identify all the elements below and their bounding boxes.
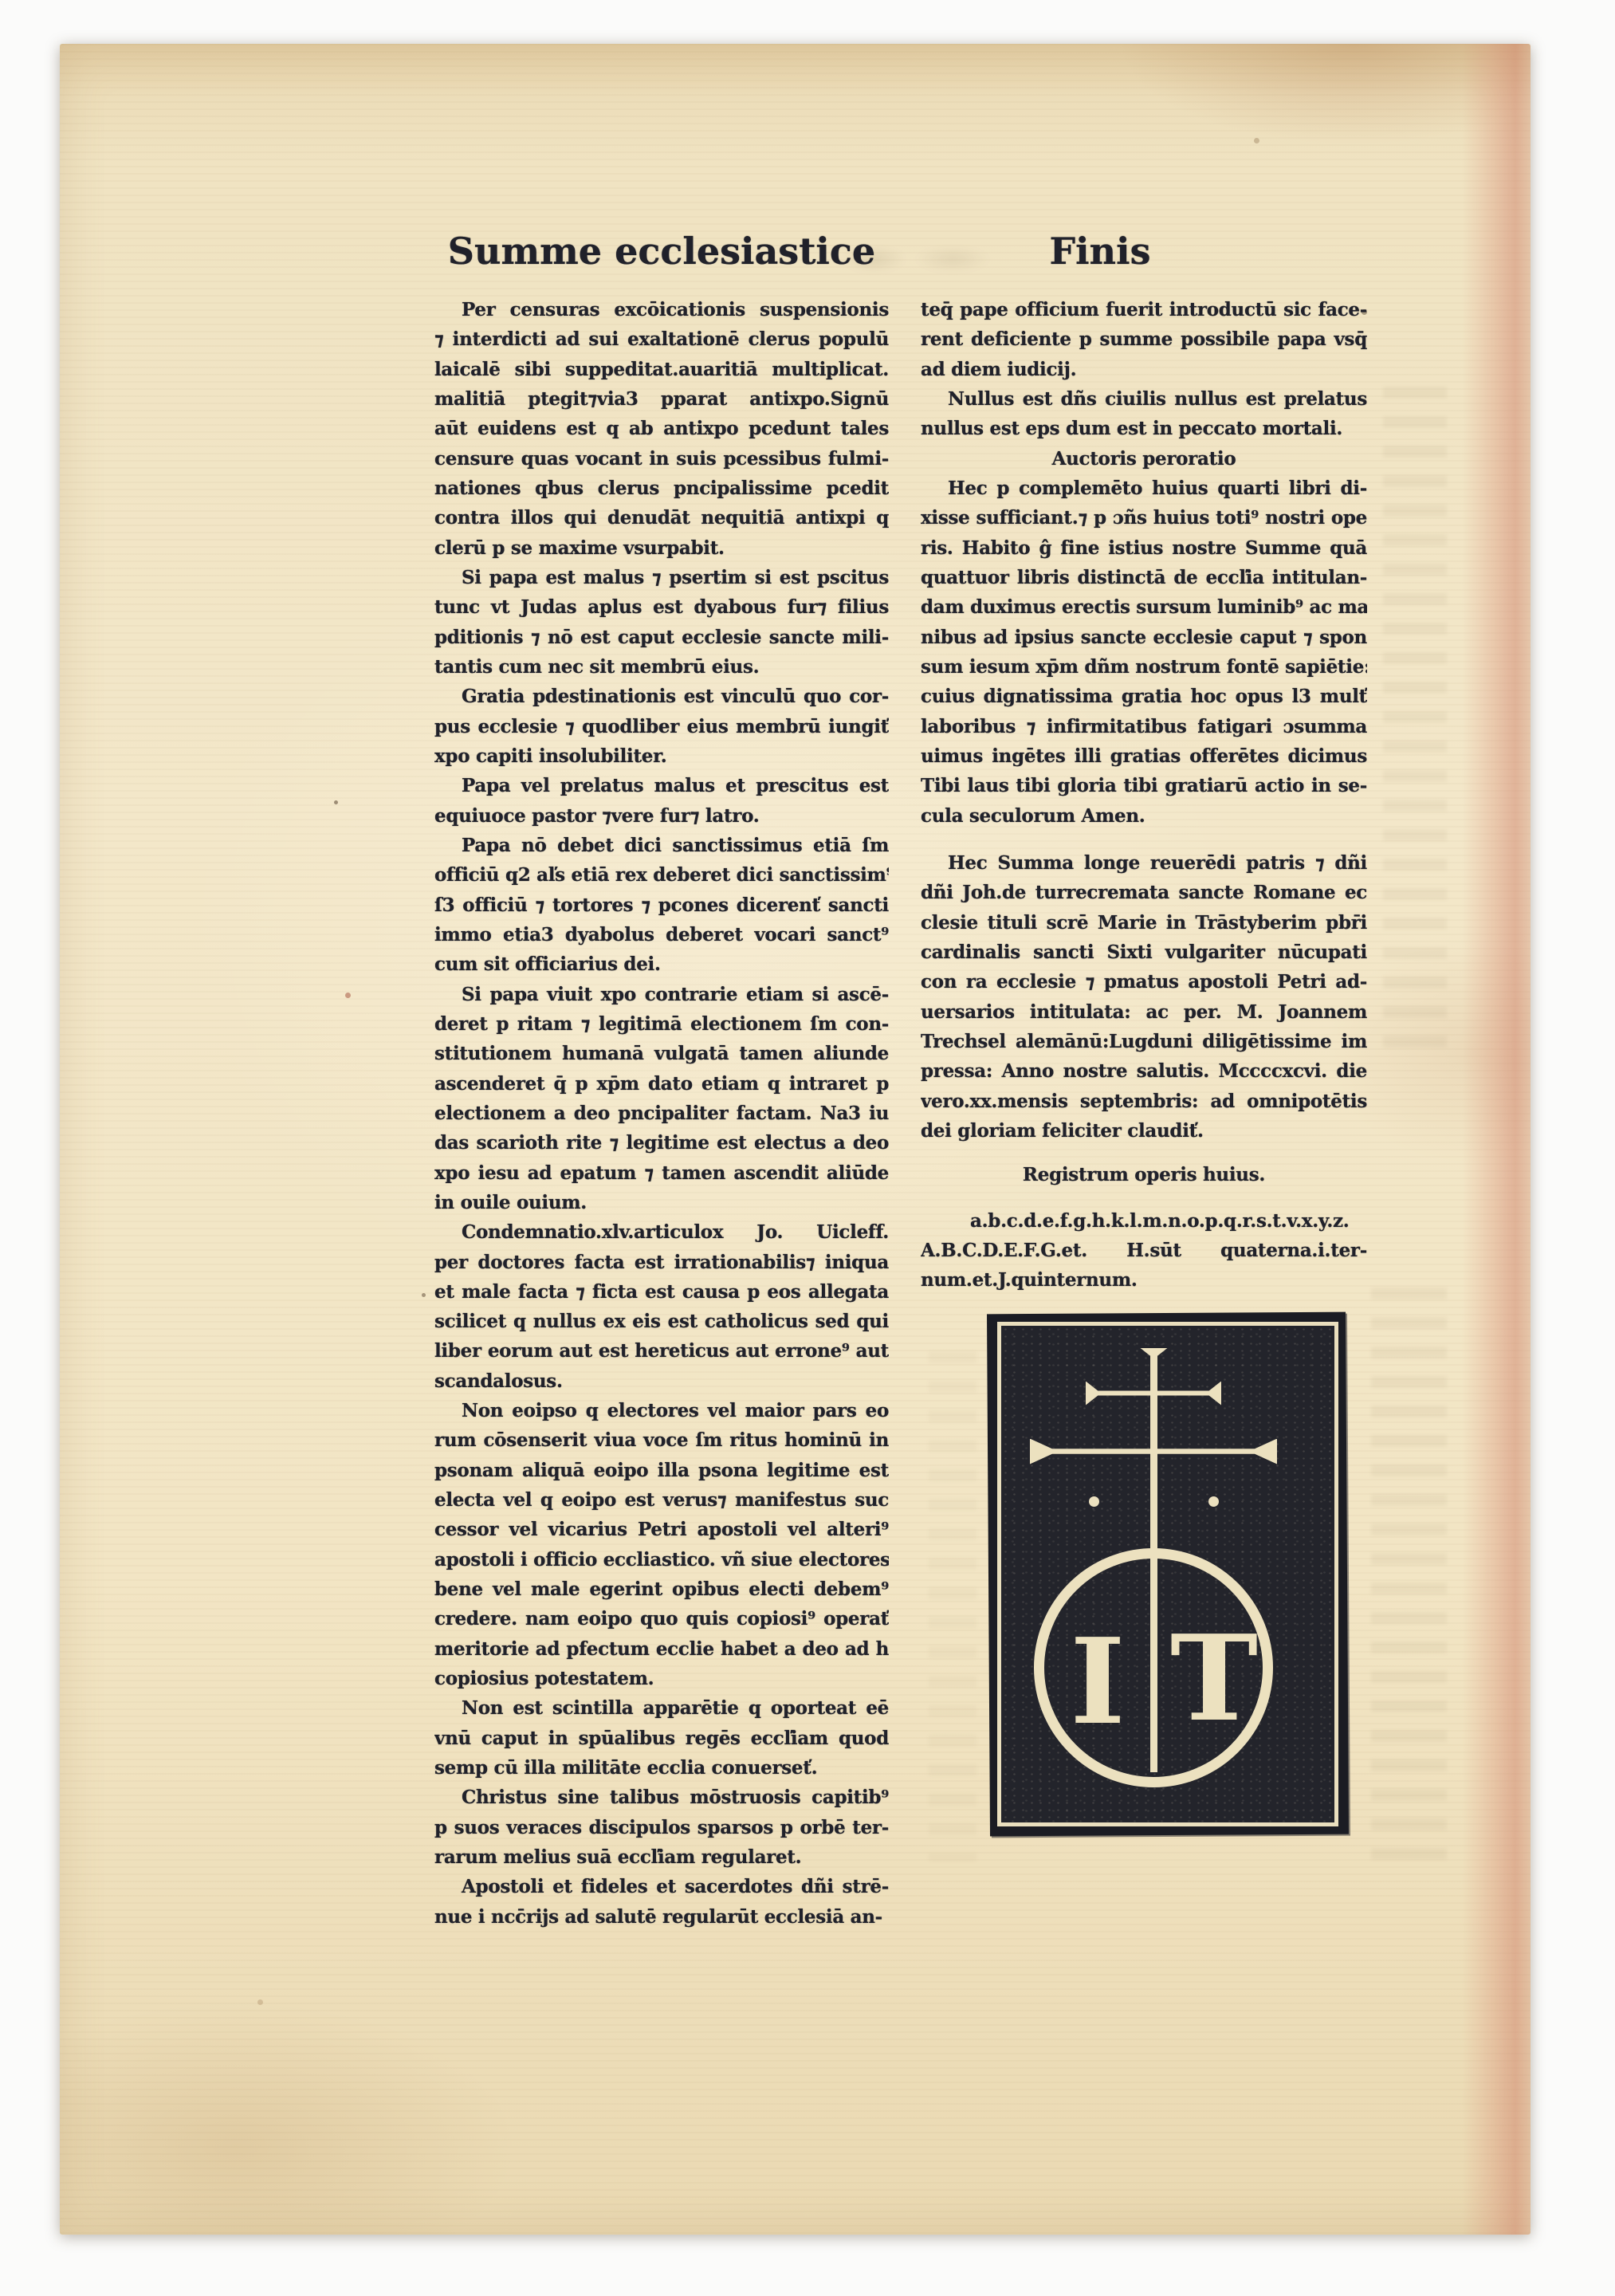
right-column-header: Finis xyxy=(877,223,1323,295)
paragraph: Apostoli et fideles et sacerdotes dñi st… xyxy=(434,1872,889,1932)
text-line: censure quas vocant in suis pcessibus fu… xyxy=(434,444,889,474)
scan-background: Summe ecclesiastice Per censuras excōica… xyxy=(0,0,1615,2296)
paragraph: Papa vel prelatus malus et prescitus est… xyxy=(434,771,889,831)
paragraph: Christus sine talibus mōstruosis capitib… xyxy=(434,1783,889,1872)
colophon-text: Hec Summa longe reuerēdi patris ⁊ dñidñi… xyxy=(921,848,1367,1146)
text-line: uimus ingētes illi gratias offerētes dic… xyxy=(921,741,1367,771)
text-line: electionem a deo pncipaliter factam. Na3… xyxy=(434,1099,889,1128)
text-line: vero.xx.mensis septembris: ad omnipotēti… xyxy=(921,1087,1367,1116)
paragraph: Per censuras excōicationis suspensionis⁊… xyxy=(434,295,889,563)
text-line: Non est scintilla apparētie q oporteat e… xyxy=(434,1693,889,1723)
text-line: cum sit officiarius dei. xyxy=(434,949,889,979)
text-line: Christus sine talibus mōstruosis capitib… xyxy=(434,1783,889,1812)
text-line: officiū q2 aľs etiā rex deberet dici san… xyxy=(434,860,889,890)
spacer xyxy=(921,831,1367,848)
text-line: ſ3 officiū ⁊ tortores ⁊ pcones dicerenť … xyxy=(434,890,889,920)
text-line: scandalosus. xyxy=(434,1366,889,1396)
cross-dot-icon xyxy=(1208,1496,1219,1507)
text-line: tantis cum nec sit membrū eius. xyxy=(434,652,889,682)
paragraph: Gratia pdestinationis est vinculū quo co… xyxy=(434,682,889,771)
text-line: Hec Summa longe reuerēdi patris ⁊ dñi xyxy=(921,848,1367,878)
text-line: quattuor libris distinctā de eccľia inti… xyxy=(921,563,1367,592)
text-line: nue i ncc̄rijs ad salutē regularūt eccle… xyxy=(434,1902,889,1932)
spacer xyxy=(921,1190,1367,1206)
text-line: das scarioth rite ⁊ legitime est electus… xyxy=(434,1128,889,1158)
text-line: immo etia3 dyabolus deberet vocari sanct… xyxy=(434,920,889,949)
bleedthrough-text xyxy=(1383,387,1447,1048)
text-line: clerū p se maxime vsurpabit. xyxy=(434,533,889,563)
text-line: nibus ad ipsius sancte ecclesie caput ⁊ … xyxy=(921,623,1367,652)
peroratio-text: Hec p complemēto huius quarti libri di-x… xyxy=(921,474,1367,831)
text-line: Condemnatio.xlv.articulox Jo. Uicleff. xyxy=(434,1217,889,1247)
paragraph: teq̄ pape officium fuerit introductū sic… xyxy=(921,295,1367,384)
text-line: per doctores facta est irrationabilis⁊ i… xyxy=(434,1248,889,1277)
text-line: rum cōsenserit viua voce ſm ritus hominū… xyxy=(434,1425,889,1455)
text-line: pressa: Anno nostre salutis. Mccccxcvi. … xyxy=(921,1056,1367,1086)
text-line: copiosius potestatem. xyxy=(434,1664,889,1693)
text-line: Gratia pdestinationis est vinculū quo co… xyxy=(434,682,889,711)
paragraph: Condemnatio.xlv.articulox Jo. Uicleff.pe… xyxy=(434,1217,889,1396)
left-column: Summe ecclesiastice Per censuras excōica… xyxy=(434,223,889,1932)
text-line: laboribus ⁊ infirmitatibus fatigari ɔsum… xyxy=(921,712,1367,741)
text-line: dei gloriam feliciter claudiť. xyxy=(921,1116,1367,1146)
text-line: uersarios intitulata: ac per. M. Joannem xyxy=(921,997,1367,1027)
text-line: semp cū illa militāte ecclia conuerseť. xyxy=(434,1753,889,1783)
text-line: tunc vt Judas aplus est dyabous fur⁊ fil… xyxy=(434,592,889,622)
text-line: vnū caput in spūalibus regēs eccľiam quo… xyxy=(434,1724,889,1753)
paragraph: Hec Summa longe reuerēdi patris ⁊ dñidñi… xyxy=(921,848,1367,1146)
text-line: A.B.C.D.E.F.G.et. H.sūt quaterna.i.ter- xyxy=(921,1236,1367,1265)
text-line: ascenderet q̄ p xp̄m dato etiam q intrar… xyxy=(434,1069,889,1099)
cross-dot-icon xyxy=(1089,1496,1099,1507)
paragraph: Papa nō debet dici sanctissimus etiā ſmo… xyxy=(434,831,889,980)
text-line: Hec p complemēto huius quarti libri di- xyxy=(921,474,1367,503)
text-line: in ouile ouium. xyxy=(434,1188,889,1217)
text-line: dam duximus erectis sursum luminib⁹ ac m… xyxy=(921,592,1367,622)
peroratio-heading: Auctoris peroratio xyxy=(921,444,1367,474)
text-line: electa vel q eoipo est verus⁊ manifestus… xyxy=(434,1485,889,1515)
text-line: apostoli i officio eccliastico. vñ siue … xyxy=(434,1545,889,1575)
text-line: aūt euidens est q ab antixpo pcedunt tal… xyxy=(434,414,889,443)
register-collation: a.b.c.d.e.f.g.h.k.l.m.n.o.p.q.r.s.t.v.x.… xyxy=(921,1206,1367,1295)
text-line: Per censuras excōicationis suspensionis xyxy=(434,295,889,324)
text-line: clesie tituli scrē Marie in Trāstyberim … xyxy=(921,908,1367,938)
text-line: cardinalis sancti Sixti vulgariter nūcup… xyxy=(921,938,1367,967)
text-line: Apostoli et fideles et sacerdotes dñi st… xyxy=(434,1872,889,1901)
text-line: malitiā ptegit⁊via3 pparat antixpo.Signū xyxy=(434,384,889,414)
text-line: xisse sufficiant.⁊ p ɔñs huius toti⁹ nos… xyxy=(921,503,1367,533)
book-page: Summe ecclesiastice Per censuras excōica… xyxy=(60,44,1531,2235)
text-line: stitutionem humanā vulgatā tamen aliunde xyxy=(434,1039,889,1068)
paragraph: Hec p complemēto huius quarti libri di-x… xyxy=(921,474,1367,831)
text-line: a.b.c.d.e.f.g.h.k.l.m.n.o.p.q.r.s.t.v.x.… xyxy=(921,1206,1367,1236)
text-line: nullus est eps dum est in peccato mortal… xyxy=(921,414,1367,443)
text-line: pditionis ⁊ nō est caput ecclesie sancte… xyxy=(434,623,889,652)
paragraph: Non eoipso q electores vel maior pars eo… xyxy=(434,1396,889,1693)
text-line: Non eoipso q electores vel maior pars eo xyxy=(434,1396,889,1425)
text-line: deret p ritam ⁊ legitimā electionem ſm c… xyxy=(434,1009,889,1039)
left-column-header: Summe ecclesiastice xyxy=(434,223,889,295)
text-line: cula seculorum Amen. xyxy=(921,801,1367,831)
text-line: Si papa viuit xpo contrarie etiam si asc… xyxy=(434,980,889,1009)
text-line: Nullus est dñs ciuilis nullus est prelat… xyxy=(921,384,1367,414)
paragraph: Non est scintilla apparētie q oporteat e… xyxy=(434,1693,889,1783)
text-line: sum iesum xp̄m dñm nostrum fontē sapiēti… xyxy=(921,652,1367,682)
column-continuation-text: teq̄ pape officium fuerit introductū sic… xyxy=(921,295,1367,444)
text-line: ris. Habito ĝ fine istius nostre Summe q… xyxy=(921,533,1367,563)
monogram-letter-t: T xyxy=(1170,1619,1258,1737)
page-fore-edge xyxy=(1462,44,1531,2235)
text-line: Papa vel prelatus malus et prescitus est xyxy=(434,771,889,800)
text-line: contra illos qui denudāt nequitiā antixp… xyxy=(434,503,889,533)
text-line: con ra ecclesie ⁊ pmatus apostoli Petri … xyxy=(921,967,1367,997)
registrum-heading: Registrum operis huius. xyxy=(921,1160,1367,1189)
text-line: scilicet q nullus ex eis est catholicus … xyxy=(434,1307,889,1336)
text-line: laicalē sibi suppeditat.auaritiā multipl… xyxy=(434,355,889,384)
paragraph: Nullus est dñs ciuilis nullus est prelat… xyxy=(921,384,1367,444)
text-line: nationes qbus clerus pncipalissime pcedi… xyxy=(434,474,889,503)
paper-stain xyxy=(60,44,62,46)
text-line: xpo iesu ad epatum ⁊ tamen ascendit aliū… xyxy=(434,1158,889,1188)
left-column-body: Per censuras excōicationis suspensionis⁊… xyxy=(434,295,889,1932)
right-column-body: teq̄ pape officium fuerit introductū sic… xyxy=(921,295,1367,1835)
text-line: psonam aliquā eoipo illa psona legitime … xyxy=(434,1456,889,1485)
text-line: cuius dignatissima gratia hoc opus l3 mu… xyxy=(921,682,1367,711)
patriarchal-cross-icon xyxy=(1150,1354,1157,1772)
text-line: Si papa est malus ⁊ psertim si est pscit… xyxy=(434,563,889,592)
spacer xyxy=(921,1146,1367,1160)
text-line: Tibi laus tibi gloria tibi gratiarū acti… xyxy=(921,771,1367,800)
text-line: dñi Joh.de turrecremata sancte Romane ec xyxy=(921,878,1367,907)
text-line: cessor vel vicarius Petri apostoli vel a… xyxy=(434,1515,889,1544)
text-line: ad diem iudicij. xyxy=(921,355,1367,384)
text-line: rent deficiente p summe possibile papa v… xyxy=(921,324,1367,354)
printer-device: I T xyxy=(988,1313,1347,1835)
text-line: bene vel male egerint opibus electi debe… xyxy=(434,1575,889,1604)
text-line: ⁊ interdicti ad sui exaltationē clerus p… xyxy=(434,324,889,354)
right-column: Finis teq̄ pape officium fuerit introduc… xyxy=(921,223,1367,1835)
text-line: credere. nam eoipo quo quis copiosi⁹ ope… xyxy=(434,1604,889,1634)
bleedthrough-text xyxy=(1371,1288,1447,1869)
text-line: equiuoce pastor ⁊vere fur⁊ latro. xyxy=(434,801,889,831)
text-line: xpo capiti insolubiliter. xyxy=(434,741,889,771)
paragraph: Si papa viuit xpo contrarie etiam si asc… xyxy=(434,980,889,1218)
text-line: num.et.J.quinternum. xyxy=(921,1265,1367,1295)
text-line: pus ecclesie ⁊ quodliber eius membrū iun… xyxy=(434,712,889,741)
text-line: teq̄ pape officium fuerit introductū sic… xyxy=(921,295,1367,324)
text-line: p suos veraces discipulos sparsos p orbē… xyxy=(434,1813,889,1842)
text-line: Papa nō debet dici sanctissimus etiā ſm xyxy=(434,831,889,860)
text-line: et male facta ⁊ ficta est causa p eos al… xyxy=(434,1277,889,1307)
paragraph: Si papa est malus ⁊ psertim si est pscit… xyxy=(434,563,889,682)
text-line: rarum melius suā eccľiam regularet. xyxy=(434,1842,889,1872)
monogram-letter-i: I xyxy=(1070,1622,1125,1740)
text-line: liber eorum aut est hereticus aut errone… xyxy=(434,1336,889,1366)
text-line: Trechsel alemānū:Lugduni diligētissime i… xyxy=(921,1027,1367,1056)
text-line: meritorie ad pfectum ecclie habet a deo … xyxy=(434,1634,889,1664)
